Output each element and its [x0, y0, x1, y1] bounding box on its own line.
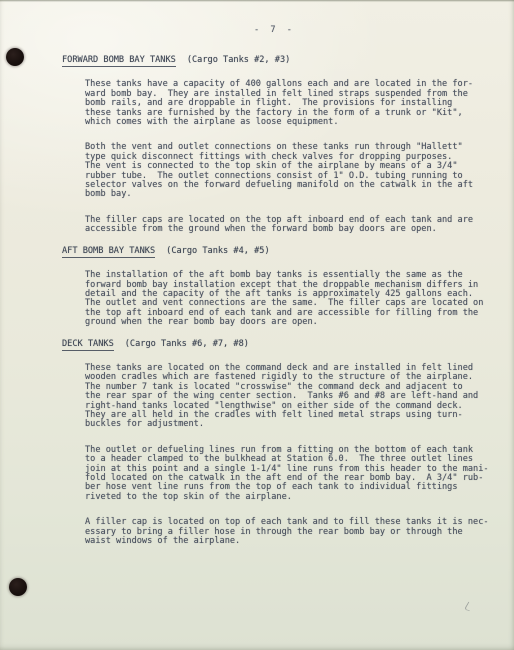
section-subtitle: (Cargo Tanks #6, #7, #8)	[125, 339, 249, 349]
page-number: - 7 -	[254, 25, 295, 35]
section-heading: AFT BOMB BAY TANKS(Cargo Tanks #4, #5)	[62, 247, 502, 258]
paragraph: The filler caps are located on the top a…	[85, 216, 502, 235]
section-heading: FORWARD BOMB BAY TANKS(Cargo Tanks #2, #…	[62, 56, 502, 67]
scanned-document-page: - 7 - FORWARD BOMB BAY TANKS(Cargo Tanks…	[0, 0, 514, 650]
section-deck-tanks: DECK TANKS(Cargo Tanks #6, #7, #8) These…	[62, 340, 502, 547]
section-title: FORWARD BOMB BAY TANKS	[62, 56, 176, 67]
binder-hole-top	[6, 48, 24, 66]
paragraph: Both the vent and outlet connections on …	[85, 143, 502, 199]
document-content: FORWARD BOMB BAY TANKS(Cargo Tanks #2, #…	[62, 56, 502, 546]
paragraph: A filler cap is located on top of each t…	[85, 518, 502, 546]
paragraph: The outlet or defueling lines run from a…	[85, 446, 502, 502]
section-title: DECK TANKS	[62, 340, 114, 351]
binder-hole-bottom	[9, 578, 27, 596]
paragraph: These tanks have a capacity of 400 gallo…	[85, 80, 502, 127]
paragraph: The installation of the aft bomb bay tan…	[85, 271, 502, 327]
section-forward-bomb-bay-tanks: FORWARD BOMB BAY TANKS(Cargo Tanks #2, #…	[62, 56, 502, 235]
pencil-mark	[464, 602, 474, 612]
section-title: AFT BOMB BAY TANKS	[62, 247, 155, 258]
paragraph: These tanks are located on the command d…	[85, 364, 502, 430]
section-subtitle: (Cargo Tanks #4, #5)	[166, 246, 269, 256]
section-aft-bomb-bay-tanks: AFT BOMB BAY TANKS(Cargo Tanks #4, #5) T…	[62, 247, 502, 328]
section-heading: DECK TANKS(Cargo Tanks #6, #7, #8)	[62, 340, 502, 351]
section-subtitle: (Cargo Tanks #2, #3)	[187, 55, 290, 65]
